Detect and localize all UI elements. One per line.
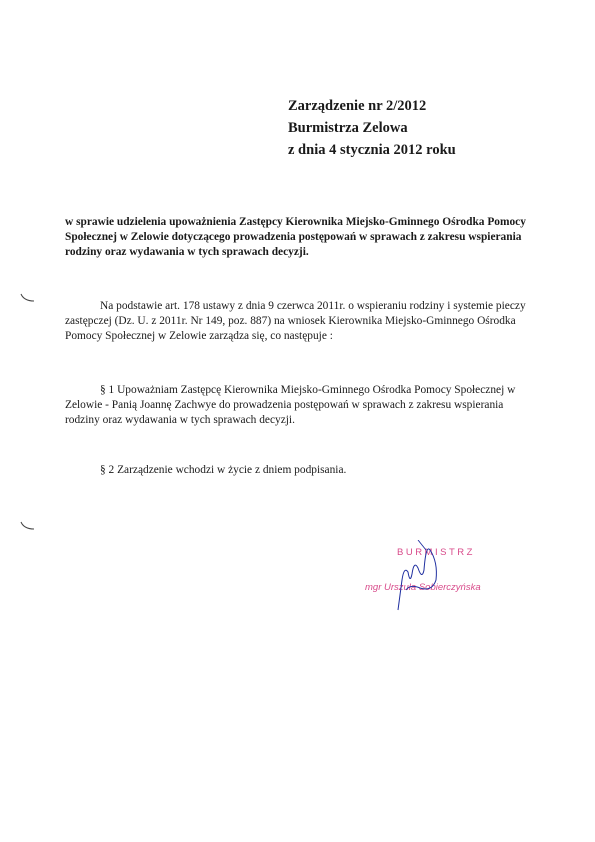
- paragraph-line: zastępczej (Dz. U. z 2011r. Nr 149, poz.…: [65, 314, 565, 329]
- paragraph-line: § 2 Zarządzenie wchodzi w życie z dniem …: [65, 463, 565, 478]
- section-2: § 2 Zarządzenie wchodzi w życie z dniem …: [65, 463, 565, 478]
- margin-mark-icon: [20, 293, 36, 303]
- handwritten-signature-icon: [340, 540, 520, 620]
- document-heading: Zarządzenie nr 2/2012 Burmistrza Zelowa …: [288, 95, 456, 161]
- paragraph-line: rodziny oraz wydawania w tych sprawach d…: [65, 413, 565, 428]
- paragraph-line: Pomocy Społecznej w Zelowie zarządza się…: [65, 329, 565, 344]
- subject-line: w sprawie udzielenia upoważnienia Zastęp…: [65, 215, 565, 230]
- paragraph-line: Zelowie - Panią Joannę Zachwye do prowad…: [65, 398, 565, 413]
- official-stamp: BURMISTRZ mgr Urszula Sobierczyńska: [340, 540, 520, 620]
- paragraph-line: Na podstawie art. 178 ustawy z dnia 9 cz…: [65, 299, 565, 314]
- ordinance-subject: w sprawie udzielenia upoważnienia Zastęp…: [65, 215, 565, 260]
- margin-mark-icon: [20, 521, 36, 531]
- issue-date: z dnia 4 stycznia 2012 roku: [288, 139, 456, 161]
- ordinance-number: Zarządzenie nr 2/2012: [288, 95, 456, 117]
- subject-line: rodziny oraz wydawania w tych sprawach d…: [65, 245, 565, 260]
- legal-basis-paragraph: Na podstawie art. 178 ustawy z dnia 9 cz…: [65, 299, 565, 344]
- issuer: Burmistrza Zelowa: [288, 117, 456, 139]
- subject-line: Społecznej w Zelowie dotyczącego prowadz…: [65, 230, 565, 245]
- paragraph-line: § 1 Upoważniam Zastępcę Kierownika Miejs…: [65, 383, 565, 398]
- section-1: § 1 Upoważniam Zastępcę Kierownika Miejs…: [65, 383, 565, 428]
- document-page: Zarządzenie nr 2/2012 Burmistrza Zelowa …: [0, 0, 595, 842]
